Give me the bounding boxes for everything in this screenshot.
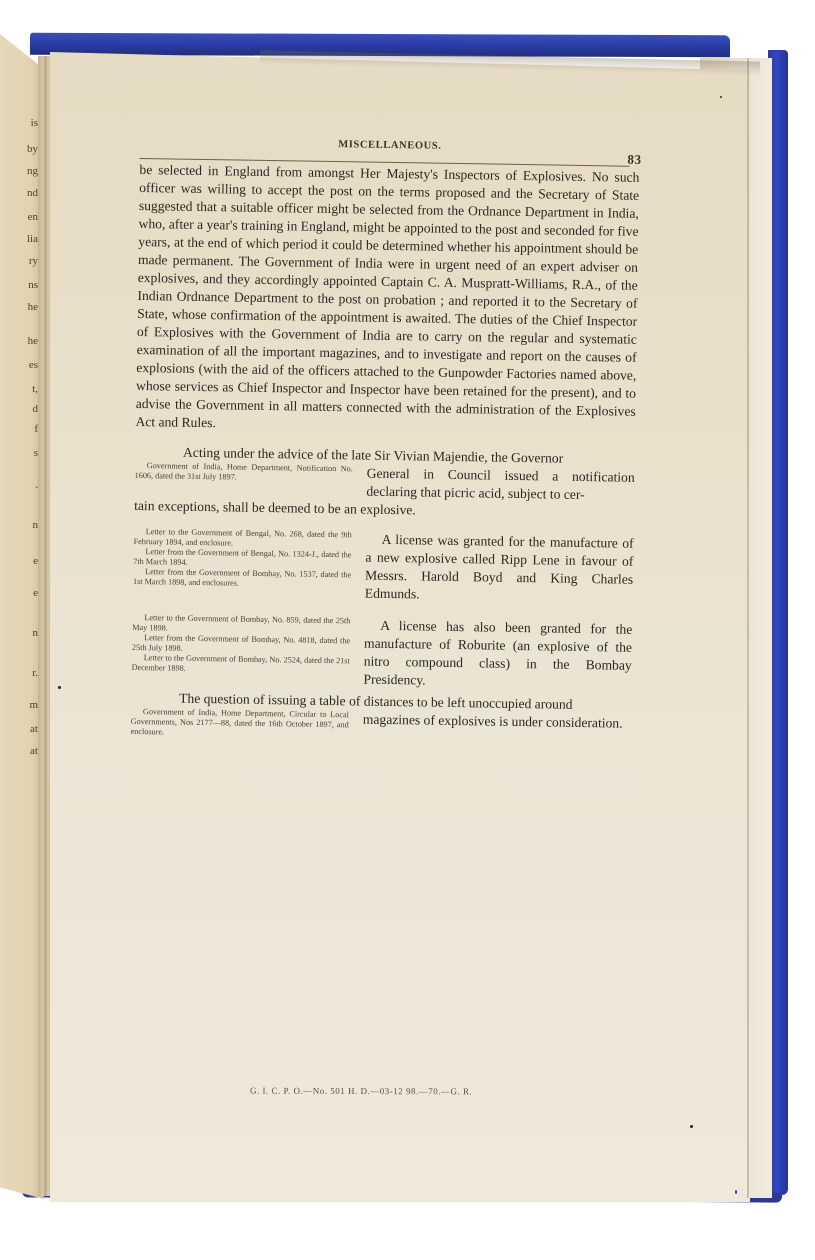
left-page-text-fragment: nd bbox=[8, 188, 38, 199]
left-page-text-fragment: es bbox=[8, 360, 38, 371]
marginal-note-text: Letter to the Government of Bombay, No. … bbox=[132, 653, 350, 676]
left-page-text-fragment: n bbox=[8, 520, 38, 531]
marginal-note-circular: Government of India, Home Department, Ci… bbox=[131, 707, 363, 741]
paper-speck bbox=[58, 686, 61, 689]
left-page-text-fragment: e bbox=[8, 588, 38, 599]
paragraph-roburite-license: A license has also been granted for the … bbox=[363, 617, 632, 693]
marginal-note-bombay-letters: Letter to the Government of Bombay, No. … bbox=[132, 613, 365, 677]
left-page-text-fragment: n bbox=[8, 628, 38, 639]
left-page-text-fragment: f bbox=[8, 424, 38, 435]
left-page-text-fragment: he bbox=[8, 302, 38, 313]
book-gutter bbox=[38, 56, 52, 1196]
page-number: 83 bbox=[627, 152, 641, 168]
marginal-note-text: Letter from the Government of Bombay, No… bbox=[133, 567, 351, 590]
left-page-text-fragment: is bbox=[8, 118, 38, 129]
left-page-text-fragment: lia bbox=[8, 234, 38, 245]
left-page-text-fragment: ng bbox=[8, 166, 38, 177]
paragraph-distances-side: magazines of explosives is under conside… bbox=[363, 711, 631, 733]
left-page-text-fragment: by bbox=[8, 144, 38, 155]
paragraph-ripp-lene-license: A license was granted for the manufactur… bbox=[365, 531, 634, 607]
left-page-text-fragment: . bbox=[8, 480, 38, 491]
printer-imprint: G. I. C. P. O.—No. 501 H. D.—03-12 98.—7… bbox=[250, 1086, 472, 1097]
left-page-text-fragment: r. bbox=[8, 668, 38, 679]
left-page-text-fragment: t, bbox=[8, 384, 38, 395]
page-content: MISCELLANEOUS. 83 be selected in England… bbox=[131, 136, 640, 745]
paper-speck bbox=[735, 1190, 737, 1194]
left-page-text-fragment: at bbox=[8, 746, 38, 757]
running-head-title: MISCELLANEOUS. bbox=[338, 139, 441, 152]
paper-speck bbox=[690, 1125, 693, 1128]
leaf-edge bbox=[747, 58, 749, 1198]
marginal-note-notification: Government of India, Home Department, No… bbox=[135, 461, 367, 485]
paper-speck bbox=[720, 96, 722, 98]
paragraph-inspector-appointment: be selected in England from amongst Her … bbox=[135, 161, 639, 439]
marginal-note-text: Government of India, Home Department, Ci… bbox=[131, 707, 349, 740]
left-page-text-fragment: he bbox=[8, 336, 38, 347]
marginal-note-text: Government of India, Home Department, No… bbox=[135, 461, 353, 484]
marginal-note-bengal-letters: Letter to the Government of Bengal, No. … bbox=[133, 527, 366, 591]
left-page-text-fragment: d bbox=[8, 404, 38, 415]
left-page-text-fragment: at bbox=[8, 724, 38, 735]
left-page-text-fragment: en bbox=[8, 212, 38, 223]
left-page-text-fragment: m bbox=[8, 700, 38, 711]
left-page-text-fragment: ns bbox=[8, 280, 38, 291]
left-page-text-fragment: e bbox=[8, 556, 38, 567]
left-page-text-fragment: ry bbox=[8, 256, 38, 267]
left-page-text-fragment: s bbox=[8, 448, 38, 459]
paragraph-picric-side: General in Council issued a notification… bbox=[366, 465, 635, 505]
